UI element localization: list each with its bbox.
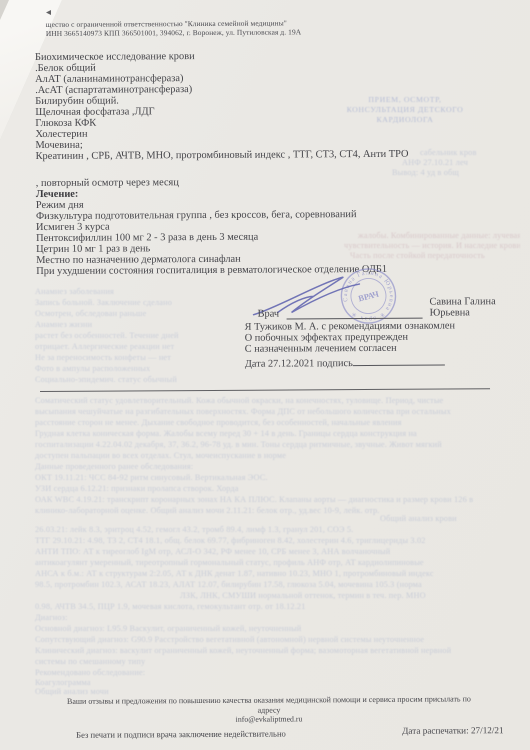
clinic-header: щество с ограниченной ответственностью "… (46, 18, 301, 38)
clinic-inn-line: ИНН 3665140973 КПП 366501001, 394062, г.… (46, 28, 301, 39)
ack-line: Я Тужиков М. А. с рекомендациями ознаком… (245, 320, 455, 332)
tests-list: Биохимическое исследование крови .Белок … (35, 49, 514, 162)
footer-email: info@evkaliptmed.ru (64, 713, 474, 726)
doctor-label: Врач (258, 309, 280, 320)
horizontal-divider (40, 388, 490, 392)
page-footer: Ваши отзывы и предложения по повышению к… (4, 694, 530, 742)
footer-bottom-row: Без печати и подписи врача заключение не… (4, 725, 530, 742)
footer-print-date: Дата распечатки: 27/12/21 (402, 725, 504, 736)
treatment-section: , повторный осмотр через месяц Лечение: … (36, 177, 515, 278)
test-item: Креатинин , СРБ, АЧТВ, МНО, протромбинов… (36, 149, 514, 163)
footer-validity-note: Без печати и подписи врача заключение не… (76, 729, 286, 740)
date-label: Дата 27.12.2021 подпись (245, 358, 353, 370)
ack-date-line: Дата 27.12.2021 подпись (245, 354, 455, 369)
doctor-signature-row: Врач Савина Галина Юрьевна (257, 296, 530, 320)
report-body: Биохимическое исследование крови .Белок … (35, 49, 514, 278)
document-content: щество с ограниченной ответственностью "… (0, 0, 530, 750)
patient-signature-line (353, 354, 445, 366)
scanned-document-page: ПРИЕМ, ОСМОТР,КОНСУЛЬТАЦИЯ ДЕТСКОГОКАРДИ… (0, 0, 530, 750)
doctor-name: Савина Галина Юрьевна (429, 296, 530, 319)
footer-feedback-text: Ваши отзывы и предложения по повышению к… (64, 694, 474, 716)
signature-line (286, 307, 423, 320)
patient-acknowledgement: Я Тужиков М. А. с рекомендациями ознаком… (245, 320, 456, 369)
